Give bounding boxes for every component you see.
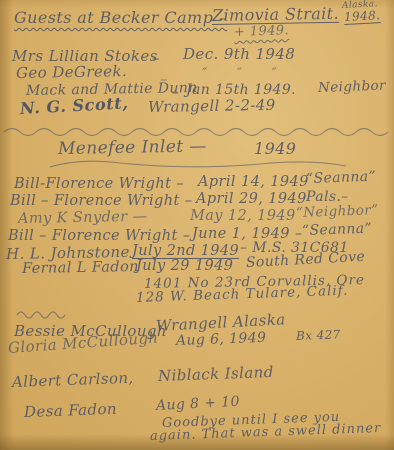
- guest-name: Desa Fadon: [24, 400, 118, 421]
- boat-name-note: “Seanna”: [306, 169, 377, 187]
- visit-date: Dec. 9th 1948: [183, 45, 295, 63]
- section-year: 1949: [254, 139, 296, 158]
- guest-name: Fernal L Fadon: [22, 259, 139, 277]
- visit-date: April 14, 1949: [198, 174, 309, 190]
- visit-place: Niblack Island: [158, 363, 274, 385]
- visit-place-date: Wrangell 2-2-49: [148, 96, 276, 116]
- section-heading: Menefee Inlet —: [58, 136, 207, 159]
- guest-name: Bill – Florence Wright –: [10, 193, 192, 209]
- guest-name: Geo DeGreek.: [16, 62, 127, 82]
- entry-note: “Neighbor”: [296, 202, 379, 221]
- visit-date: Aug 6, 1949: [176, 330, 267, 349]
- visit-date: April 29, 1949: [196, 191, 307, 207]
- corner-year-note: 1948.: [344, 8, 381, 24]
- guest-name: Albert Carlson,: [12, 369, 134, 391]
- guest-name: Bill-Florence Wright –: [14, 176, 184, 192]
- visit-date: May 12, 1949: [190, 208, 296, 224]
- visit-date: Aug 8 + 10: [156, 394, 241, 414]
- visit-date: July 29 1949: [136, 258, 233, 274]
- ditto-marks: ″ ″ ″: [202, 66, 277, 82]
- guestbook-page: Guests at Becker Camp – Zimovia Strait. …: [0, 0, 394, 450]
- entry-note: Neighbor: [318, 78, 386, 96]
- title-added-year: + 1949.: [234, 23, 290, 40]
- guest-name: Amy K Snyder —: [18, 209, 148, 227]
- entry-dash: –: [152, 49, 160, 67]
- page-title: Guests at Becker Camp –: [14, 8, 227, 27]
- boat-name-note: “Seanna”: [302, 221, 373, 239]
- guest-name: Bill – Florence Wright –: [8, 228, 190, 244]
- scribble-mark: [16, 310, 70, 319]
- heading-underline-flourish: [48, 160, 348, 172]
- mailbox-note: Bx 427: [296, 327, 341, 343]
- page-title-location: Zimovia Strait.: [212, 4, 339, 25]
- visit-date: July 2nd 1949: [132, 243, 239, 259]
